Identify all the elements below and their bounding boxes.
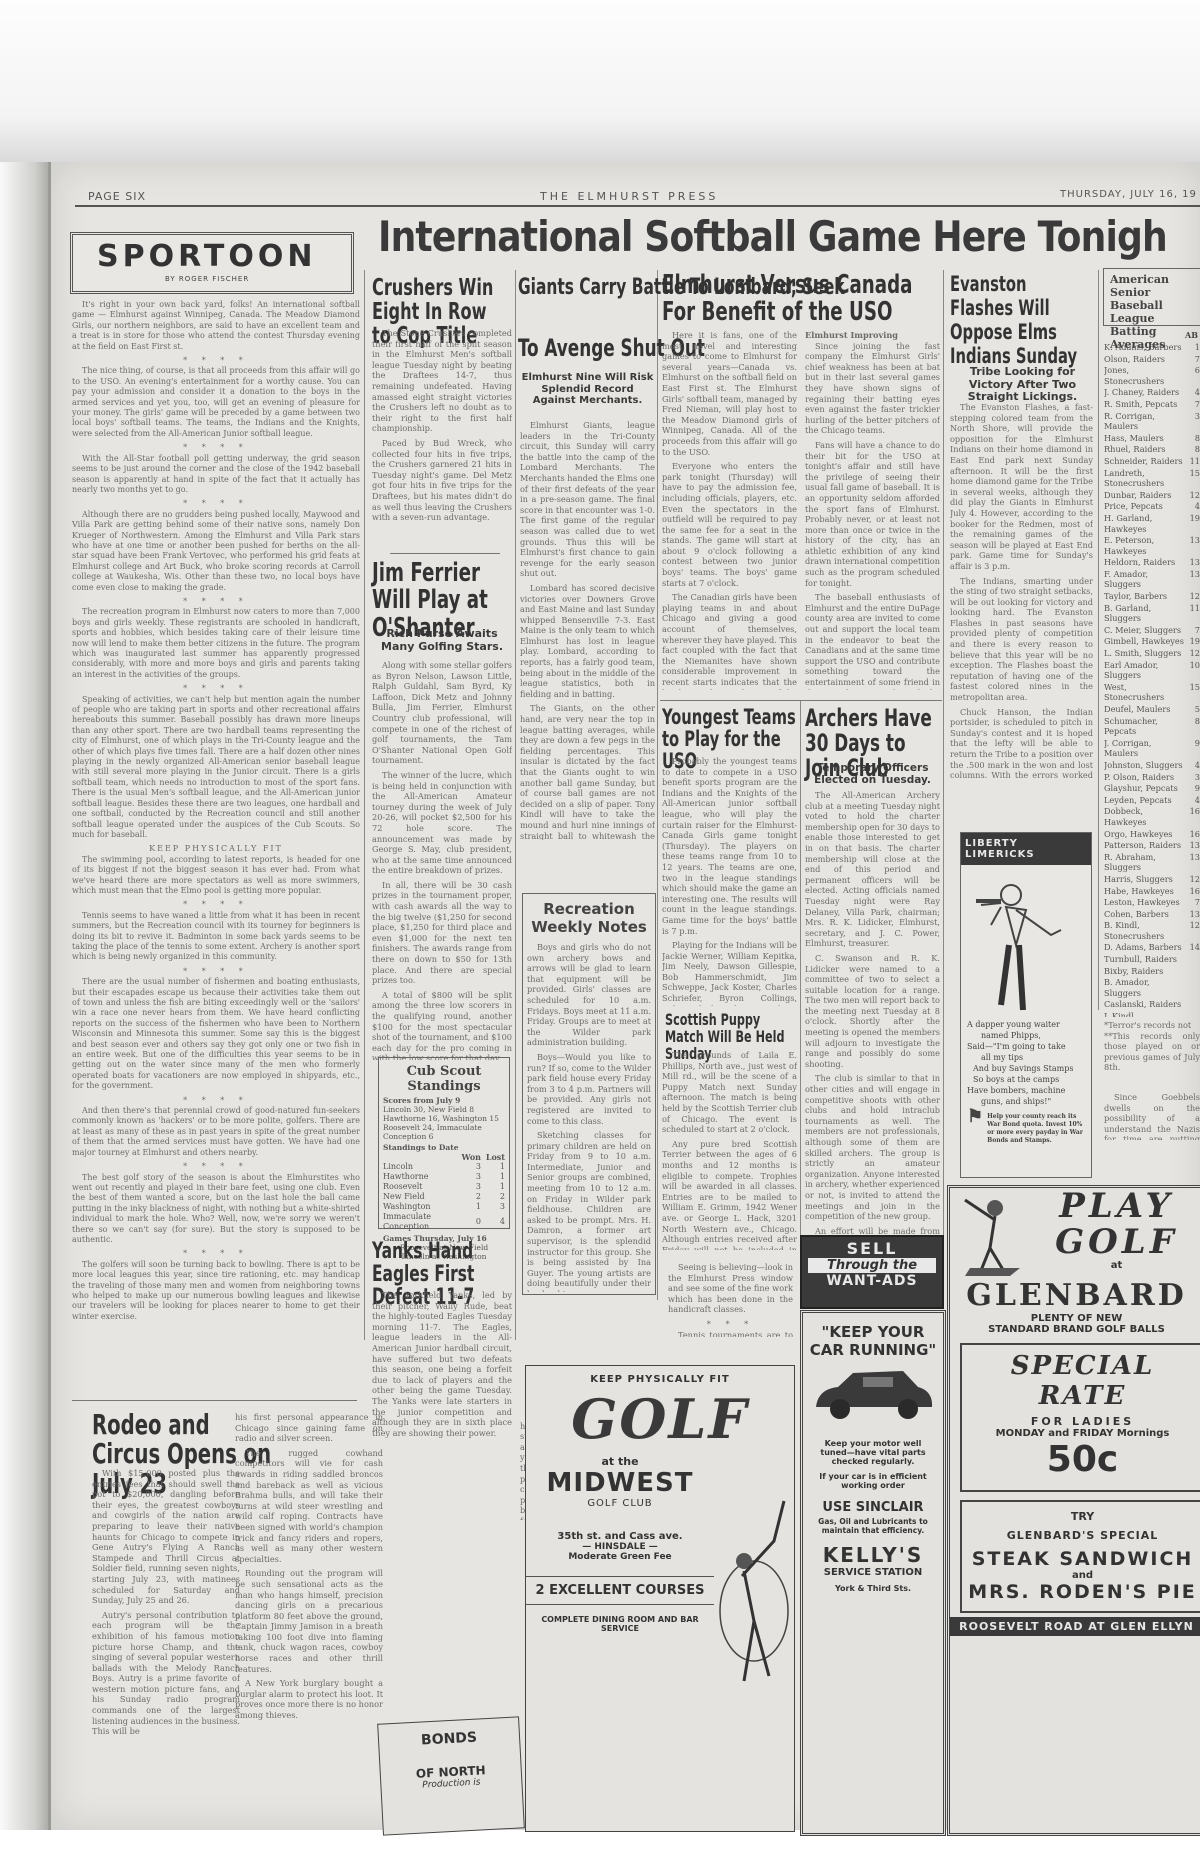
recreation-title: Recreation Weekly Notes: [527, 900, 651, 936]
batting-average-row: Schneider, Raiders11: [1104, 456, 1200, 468]
batting-average-row: L. Smith, Sluggers12: [1104, 648, 1200, 660]
column-divider: [657, 270, 658, 1300]
sportoon-title: SPORTOON: [97, 239, 316, 274]
recreation-article: Boys and girls who do not own archery bo…: [523, 942, 655, 1292]
batting-average-row: Glayshur, Pepcats9: [1104, 783, 1200, 795]
cub-scout-title: Cub Scout Standings: [389, 1064, 499, 1094]
header-rule: [75, 205, 1200, 207]
evanston-article: The Evanston Flashes, a fast-stepping co…: [950, 402, 1093, 782]
banner-headline: International Softball Game Here Tonigh: [378, 212, 1167, 261]
column-divider: [800, 700, 801, 1300]
batting-average-row: R. Smith, Pepcats7: [1104, 399, 1200, 411]
averages-column-header: AB: [1185, 330, 1198, 340]
paragraph: The golfers will soon be turning back to…: [72, 1260, 360, 1322]
paragraph: There are the usual number of fishermen …: [72, 977, 360, 1091]
batting-average-row: Rhuel, Raiders8: [1104, 444, 1200, 456]
averages-title-box: American Senior Baseball League Batting …: [1103, 268, 1200, 326]
issue-date: THURSDAY, JULY 16, 19: [1060, 189, 1197, 200]
rodeo-article-col2: his first personal appearance in Chicago…: [235, 1412, 383, 1832]
golfer-swing-icon: [950, 1188, 1030, 1278]
column-divider: [943, 270, 944, 1280]
midwest-golf-ad[interactable]: KEEP PHYSICALLY FIT GOLF at the MIDWEST …: [525, 1365, 795, 1832]
evanston-headline: Evanston Flashes Will Oppose Elms Indian…: [950, 272, 1079, 369]
batting-average-row: K. Adams, Barbers1: [1104, 342, 1200, 354]
uso-headline: Elmhurst Versus Canada For Benefit of th…: [662, 272, 943, 327]
batting-average-row: Orgo, Hawkeyes16: [1104, 829, 1200, 841]
recreation-article-cont: Seeing is believing—look in the Elmhurst…: [668, 1262, 793, 1337]
uso-article-col1: Here it is fans, one of the most novel a…: [662, 330, 797, 690]
giants-headline: Giants Carry Battle To Lombard; Seek: [518, 276, 658, 299]
page-edge-shadow: [0, 162, 50, 1830]
paragraph: The recreation program in Elmhurst now c…: [72, 607, 360, 680]
batting-average-row: D. Adams, Barbers14: [1104, 942, 1200, 954]
batting-average-row: West, Stonecrushers15: [1104, 682, 1200, 704]
war-bonds-ad[interactable]: BONDS OF NORTH Production is: [377, 1716, 525, 1835]
batting-average-row: J. Corrigan, Maulers9: [1104, 738, 1200, 760]
filler-item: Since Goebbels dwells on the possibility…: [1104, 1092, 1200, 1140]
column-divider: [515, 270, 516, 1340]
batting-average-row: Johnston, Sluggers4: [1104, 760, 1200, 772]
batting-average-row: J. Kindl, Stonecrushers: [1104, 1011, 1200, 1017]
giants-article: Elmhurst Giants, league leaders in the T…: [520, 420, 655, 840]
paragraph: And then there's that perennial crowd of…: [72, 1106, 360, 1158]
batting-average-row: Patterson, Raiders13: [1104, 840, 1200, 852]
sportoon-column: It's right in your own back yard, folks!…: [72, 300, 360, 1390]
paragraph: The nice thing, of course, is that all p…: [72, 366, 360, 439]
batting-average-row: B. Amador, Sluggers: [1104, 977, 1200, 999]
uso-article-col2: Elmhurst Improving Since joining the fas…: [805, 330, 940, 690]
table-row: New Field22: [383, 1192, 505, 1202]
batting-average-row: F. Amador, Sluggers13: [1104, 569, 1200, 591]
batting-average-row: Taylor, Barbers12: [1104, 591, 1200, 603]
batting-average-row: Dunbar, Raiders12: [1104, 490, 1200, 502]
batting-average-row: R. Corrigan, Maulers3: [1104, 411, 1200, 433]
sportoon-byline: BY ROGER FISCHER: [165, 275, 249, 283]
ferrier-article: Along with some stellar golfers as Byron…: [372, 660, 512, 1060]
column-divider: [364, 270, 365, 1340]
table-row: Immaculate Conception04: [383, 1212, 505, 1232]
giants-headline-2: To Avenge Shut Out: [518, 336, 658, 361]
glenbard-golf-ad[interactable]: PLAY GOLF at GLENBARD PLENTY OF NEW STAN…: [947, 1185, 1200, 1836]
liberty-limericks-box: LIBERTY LIMERICKS A dapper young waitern…: [960, 832, 1092, 1178]
batting-average-row: P. Olson, Raiders3: [1104, 772, 1200, 784]
batting-average-row: Bixby, Raiders: [1104, 966, 1200, 978]
averages-notes: *Terror's records not **This records onl…: [1104, 1020, 1200, 1080]
section-rule: [72, 1400, 357, 1401]
archers-article: The All-American Archery club at a meeti…: [805, 790, 940, 1245]
want-ads-ad[interactable]: SELL Through the WANT-ADS: [800, 1235, 944, 1309]
batting-average-row: C. Meier, Sluggers7: [1104, 625, 1200, 637]
flag-icon: ⚑: [967, 1113, 983, 1145]
cub-scout-standings-box: Cub Scout Standings Scores from July 9 L…: [378, 1057, 510, 1229]
batting-average-row: Dobbeck, Hawkeyes16: [1104, 806, 1200, 828]
car-illustration-icon: [808, 1359, 938, 1429]
paragraph: Tennis seems to have waned a little from…: [72, 911, 360, 963]
column-divider: [1098, 270, 1099, 1010]
recreation-box: Recreation Weekly Notes Boys and girls w…: [522, 893, 656, 1295]
paragraph: The best golf story of the season is abo…: [72, 1173, 360, 1246]
standings-table: WonLost Lincoln31 Hawthorne31 Roosevelt3…: [383, 1152, 505, 1232]
scan-top-margin: [0, 0, 1200, 165]
batting-average-row: Heldorn, Raiders13: [1104, 557, 1200, 569]
batting-average-row: Harris, Sluggers12: [1104, 874, 1200, 886]
table-row: Roosevelt31: [383, 1182, 505, 1192]
batting-average-row: B. Kindl, Stonecrushers12: [1104, 920, 1200, 942]
youngest-article: Probably the youngest teams to date to c…: [662, 756, 797, 1006]
batting-average-row: Gimbell, Hawkeyes19: [1104, 636, 1200, 648]
batting-average-row: E. Peterson, Hawkeyes13: [1104, 535, 1200, 557]
ferrier-deck: Rich Purse Awaits Many Golfing Stars.: [372, 628, 512, 653]
kellys-service-station-ad[interactable]: "KEEP YOUR CAR RUNNING" Keep your motor …: [800, 1310, 946, 1836]
crushers-article: The Stone Crushers completed their first…: [372, 328, 512, 528]
limerick-verse: A dapper young waiternamed Phipps, Said—…: [961, 1019, 1091, 1107]
batting-average-row: Jones, Stonecrushers6: [1104, 365, 1200, 387]
golfer-illustration-icon: [714, 1451, 794, 1691]
waiter-illustration-icon: [961, 865, 1081, 1015]
batting-average-row: Olson, Raiders7: [1104, 354, 1200, 366]
giants-deck: Elmhurst Nine Will Risk Splendid Record …: [520, 372, 655, 407]
puppy-article: The grounds of Laila E. Phillips, North …: [662, 1050, 797, 1250]
page-folio: PAGE SIX: [88, 190, 146, 203]
archers-deck: Temporary Officers Elected on Tuesday.: [805, 762, 940, 786]
batting-average-row: Landreth, Stonecrushers15: [1104, 468, 1200, 490]
batting-average-row: B. Garland, Sluggers11: [1104, 603, 1200, 625]
rodeo-article-col1: With $15,000 posted plus the entries fee…: [92, 1468, 240, 1828]
batting-average-row: Earl Amador, Sluggers10: [1104, 660, 1200, 682]
batting-average-row: Cohen, Barbers13: [1104, 909, 1200, 921]
section-break: KEEP PHYSICALLY FIT: [72, 844, 360, 854]
paragraph: Speaking of activities, we can't help bu…: [72, 695, 360, 841]
batting-average-row: Hass, Maulers8: [1104, 433, 1200, 445]
batting-average-row: Leyden, Pepcats4: [1104, 795, 1200, 807]
batting-average-row: Schumacher, Pepcats8: [1104, 716, 1200, 738]
batting-average-row: H. Garland, Hawkeyes19: [1104, 513, 1200, 535]
batting-average-row: Price, Pepcats4: [1104, 501, 1200, 513]
batting-average-row: Leston, Hawkeyes7: [1104, 897, 1200, 909]
table-row: Lincoln31: [383, 1162, 505, 1172]
paragraph: It's right in your own back yard, folks!…: [72, 300, 360, 352]
limericks-title: LIBERTY LIMERICKS: [961, 833, 1091, 865]
batting-averages-list: K. Adams, Barbers1Olson, Raiders7Jones, …: [1104, 342, 1200, 1017]
batting-average-row: J. Chaney, Raiders4: [1104, 387, 1200, 399]
evanston-deck: Tribe Looking for Victory After Two Stra…: [955, 366, 1090, 404]
batting-average-row: Habe, Hawkeyes16: [1104, 886, 1200, 898]
paragraph: The swimming pool, according to latest r…: [72, 855, 360, 897]
sportoon-logo-box: SPORTOON BY ROGER FISCHER: [70, 232, 354, 294]
batting-average-row: Caslanski, Raiders: [1104, 999, 1200, 1011]
table-row: Hawthorne31: [383, 1172, 505, 1182]
batting-average-row: Turnbull, Raiders: [1104, 954, 1200, 966]
masthead: THE ELMHURST PRESS: [540, 190, 718, 203]
table-row: Washington13: [383, 1202, 505, 1212]
batting-average-row: R. Abraham, Sluggers13: [1104, 852, 1200, 874]
batting-average-row: Deufel, Maulers5: [1104, 704, 1200, 716]
paragraph: With the All-Star football poll getting …: [72, 454, 360, 496]
war-bond-note: Help your county reach its War Bond quot…: [987, 1113, 1085, 1145]
yanks-article: The Yorkfield Yanks, led by their pitche…: [372, 1290, 512, 1450]
paragraph: Although there are no grudders being pus…: [72, 510, 360, 593]
